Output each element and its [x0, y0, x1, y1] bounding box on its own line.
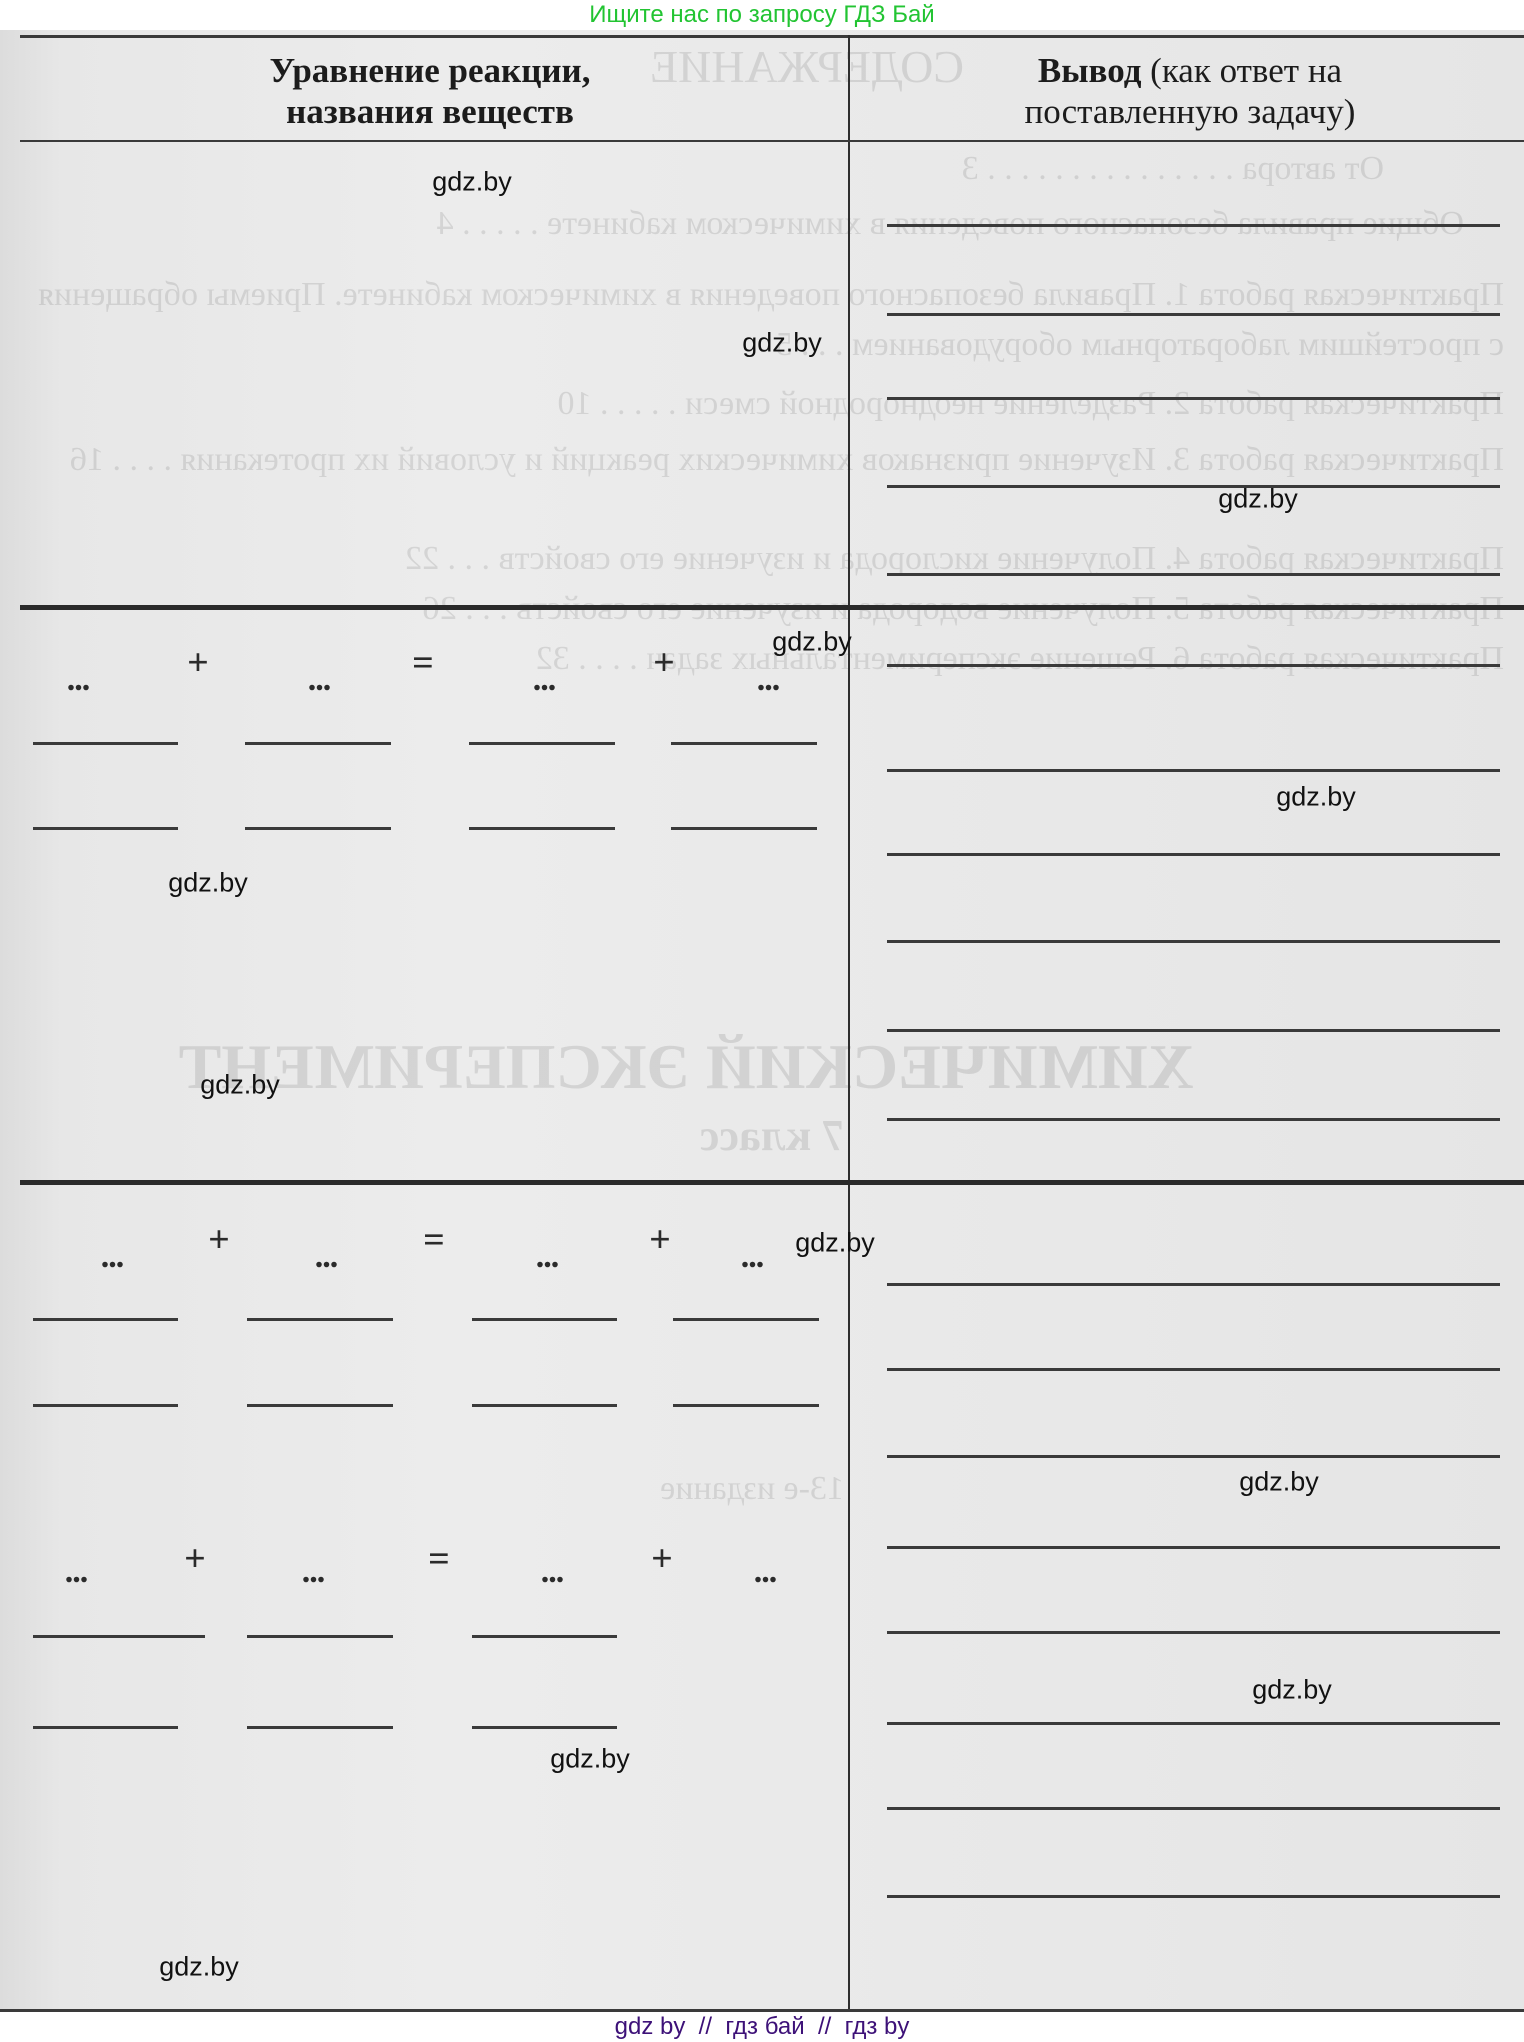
header-right: Вывод (как ответ на поставленную задачу)	[900, 50, 1480, 132]
ghost-line: От автора . . . . . . . . . . . . . . . …	[962, 150, 1384, 188]
substance-name-blank[interactable]	[245, 742, 391, 745]
substance-name-blank[interactable]	[33, 1404, 178, 1407]
product-1-placeholder: ...	[533, 670, 556, 690]
gdz-watermark: gdz.by	[550, 1744, 630, 1775]
substance-name-blank[interactable]	[472, 1635, 617, 1638]
substance-name-blank[interactable]	[247, 1318, 393, 1321]
product-2-placeholder: ...	[757, 670, 780, 690]
answer-line[interactable]	[887, 397, 1500, 400]
answer-line[interactable]	[887, 485, 1500, 488]
substance-name-blank[interactable]	[472, 1726, 617, 1729]
section-divider-2	[20, 1180, 1524, 1185]
header-bottom-rule	[20, 140, 1524, 142]
header-left-line2: названия веществ	[286, 92, 574, 131]
substance-name-blank[interactable]	[671, 827, 817, 830]
substance-name-blank[interactable]	[671, 742, 817, 745]
substance-name-blank[interactable]	[33, 1726, 178, 1729]
answer-line[interactable]	[887, 313, 1500, 316]
substance-name-blank[interactable]	[469, 742, 615, 745]
substance-name-blank[interactable]	[472, 1404, 617, 1407]
reactant-2-placeholder: ...	[308, 670, 331, 690]
substance-name-blank[interactable]	[247, 1726, 393, 1729]
answer-line[interactable]	[887, 1895, 1500, 1898]
answer-line[interactable]	[887, 769, 1500, 772]
gdz-watermark: gdz.by	[432, 167, 512, 198]
equals-sign: =	[412, 644, 434, 682]
answer-line[interactable]	[887, 1546, 1500, 1549]
top-search-banner: Ищите нас по запросу ГДЗ Бай	[0, 0, 1524, 30]
plus-sign: +	[187, 644, 209, 682]
substance-name-blank[interactable]	[33, 827, 178, 830]
reactant-1-placeholder: ...	[67, 670, 90, 690]
substance-name-blank[interactable]	[245, 827, 391, 830]
product-1-placeholder: ...	[536, 1247, 559, 1267]
ghost-line: Практическая работа 3. Изучение признако…	[24, 435, 1504, 485]
gdz-watermark: gdz.by	[159, 1952, 239, 1983]
ghost-line: Практическая работа 2. Разделение неодно…	[557, 385, 1504, 423]
ghost-line: 7 класс	[700, 1110, 844, 1161]
gdz-watermark: gdz.by	[1276, 782, 1356, 813]
gdz-watermark: gdz.by	[795, 1228, 875, 1259]
product-1-placeholder: ...	[541, 1562, 564, 1582]
plus-sign: +	[651, 1540, 673, 1578]
answer-line[interactable]	[887, 1722, 1500, 1725]
answer-line[interactable]	[887, 1807, 1500, 1810]
substance-name-blank[interactable]	[673, 1404, 819, 1407]
gdz-watermark: gdz.by	[742, 328, 822, 359]
header-right-bold: Вывод	[1038, 51, 1142, 90]
top-banner-text: Ищите нас по запросу ГДЗ Бай	[589, 1, 934, 28]
plus-sign: +	[649, 1221, 671, 1259]
answer-line[interactable]	[887, 573, 1500, 576]
plus-sign: +	[653, 644, 675, 682]
answer-line[interactable]	[887, 853, 1500, 856]
table-top-rule	[20, 35, 1524, 38]
substance-name-blank[interactable]	[469, 827, 615, 830]
answer-line[interactable]	[887, 1368, 1500, 1371]
section-divider-1	[20, 605, 1524, 610]
plus-sign: +	[184, 1540, 206, 1578]
gdz-watermark: gdz.by	[772, 627, 852, 658]
product-2-placeholder: ...	[754, 1562, 777, 1582]
header-left-line1: Уравнение реакции,	[270, 51, 591, 90]
header-right-rest: (как ответ на	[1141, 51, 1342, 90]
substance-name-blank[interactable]	[247, 1635, 393, 1638]
ghost-line: 13-е издание	[660, 1470, 844, 1508]
column-divider	[848, 35, 850, 2012]
substance-name-blank[interactable]	[33, 1318, 178, 1321]
substance-name-blank[interactable]	[472, 1318, 617, 1321]
plus-sign: +	[208, 1221, 230, 1259]
answer-line[interactable]	[887, 1029, 1500, 1032]
answer-line[interactable]	[887, 1283, 1500, 1286]
answer-line[interactable]	[887, 940, 1500, 943]
workbook-page: СОДЕРЖАНИЕ От автора . . . . . . . . . .…	[0, 30, 1524, 2012]
gdz-watermark: gdz.by	[168, 868, 248, 899]
substance-name-blank[interactable]	[33, 742, 178, 745]
ghost-line: Практическая работа 6. Решение экспериме…	[536, 640, 1504, 678]
equals-sign: =	[423, 1221, 445, 1259]
answer-line[interactable]	[887, 1118, 1500, 1121]
gdz-watermark: gdz.by	[1218, 484, 1298, 515]
bottom-banner-text: gdz by // гдз бай // гдз by	[615, 2013, 910, 2040]
ghost-line: ХИМИЧЕСКИЙ ЭКСПЕРИМЕНТ	[179, 1030, 1194, 1104]
header-right-line2: поставленную задачу)	[1025, 92, 1356, 131]
gdz-watermark: gdz.by	[1252, 1675, 1332, 1706]
answer-line[interactable]	[887, 664, 1500, 667]
bottom-source-banner: gdz by // гдз бай // гдз by	[0, 2012, 1524, 2042]
product-2-placeholder: ...	[741, 1247, 764, 1267]
gdz-watermark: gdz.by	[200, 1070, 280, 1101]
reactant-2-placeholder: ...	[315, 1247, 338, 1267]
header-left: Уравнение реакции, названия веществ	[180, 50, 680, 132]
answer-line[interactable]	[887, 1455, 1500, 1458]
substance-name-blank[interactable]	[247, 1404, 393, 1407]
answer-line[interactable]	[887, 1631, 1500, 1634]
substance-name-blank[interactable]	[673, 1318, 819, 1321]
reactant-1-placeholder: ...	[101, 1247, 124, 1267]
substance-name-blank[interactable]	[33, 1635, 205, 1638]
gdz-watermark: gdz.by	[1239, 1467, 1319, 1498]
reactant-1-placeholder: ...	[65, 1562, 88, 1582]
equals-sign: =	[428, 1540, 450, 1578]
reactant-2-placeholder: ...	[302, 1562, 325, 1582]
answer-line[interactable]	[887, 224, 1500, 227]
